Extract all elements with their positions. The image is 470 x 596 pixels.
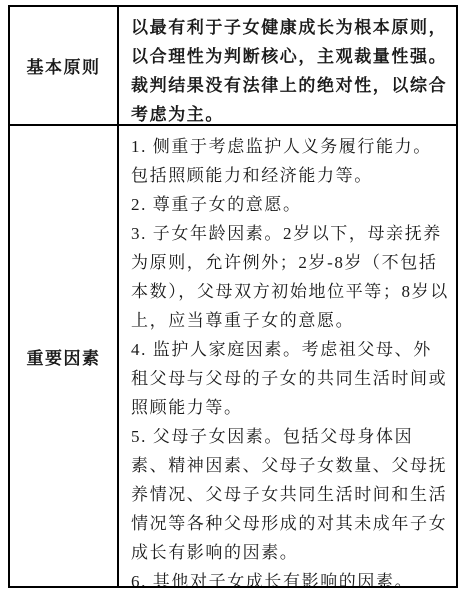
factor-item-6: 6. 其他对子女成长有影响的因素。 <box>131 567 450 586</box>
row-header-basic-principles-label: 基本原则 <box>27 53 101 78</box>
row-header-basic-principles: 基本原则 <box>10 7 117 124</box>
row-header-important-factors-label: 重要因素 <box>27 344 101 369</box>
factor-item-5: 5. 父母子女因素。包括父母身体因素、精神因素、父母子女数量、父母抚养情况、父母… <box>131 422 450 567</box>
factor-item-4: 4. 监护人家庭因素。考虑祖父母、外租父母与父母的子女的共同生活时间或照顾能力等… <box>131 335 450 422</box>
important-factors-content-cell: 1. 侧重于考虑监护人义务履行能力。包括照顾能力和经济能力等。 2. 尊重子女的… <box>117 124 456 586</box>
basic-principles-content-cell: 以最有利于子女健康成长为根本原则，以合理性为判断核心，主观裁量性强。裁判结果没有… <box>117 7 456 124</box>
custody-principles-table: 基本原则 以最有利于子女健康成长为根本原则，以合理性为判断核心，主观裁量性强。裁… <box>8 5 458 588</box>
factor-item-2: 2. 尊重子女的意愿。 <box>131 190 450 219</box>
factor-item-3: 3. 子女年龄因素。2岁以下，母亲抚养为原则，允许例外；2岁-8岁（不包括本数）… <box>131 219 450 335</box>
factor-item-1: 1. 侧重于考虑监护人义务履行能力。包括照顾能力和经济能力等。 <box>131 132 450 190</box>
basic-principles-text: 以最有利于子女健康成长为根本原则，以合理性为判断核心，主观裁量性强。裁判结果没有… <box>131 13 450 124</box>
row-header-important-factors: 重要因素 <box>10 124 117 586</box>
